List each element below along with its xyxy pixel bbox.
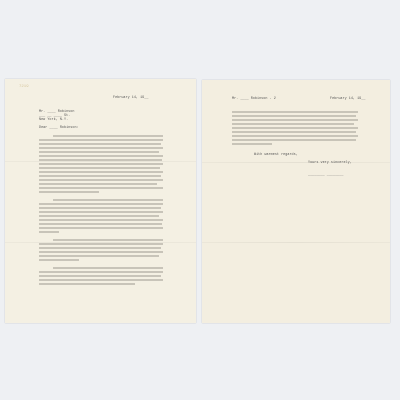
page-header: Mr. ____ Robinson - 2 xyxy=(232,97,276,101)
pencil-notation: 7219 xyxy=(19,85,29,89)
signature-name: ________ ________ xyxy=(308,173,343,177)
salutation: Dear ____ Robinson: xyxy=(39,126,79,130)
letter-date: February 14, 19__ xyxy=(113,96,148,100)
letter-page-1: 7219 February 14, 19__ Mr. ____ Robinson… xyxy=(5,79,196,323)
letter-date: February 14, 19__ xyxy=(330,97,365,101)
letter-page-2: Mr. ____ Robinson - 2 February 14, 19__ … xyxy=(202,80,390,323)
closing-regards: With warmest regards, xyxy=(254,153,298,157)
valediction: Yours very sincerely, xyxy=(308,161,352,165)
recipient-line: New York, N.Y. xyxy=(39,118,68,122)
